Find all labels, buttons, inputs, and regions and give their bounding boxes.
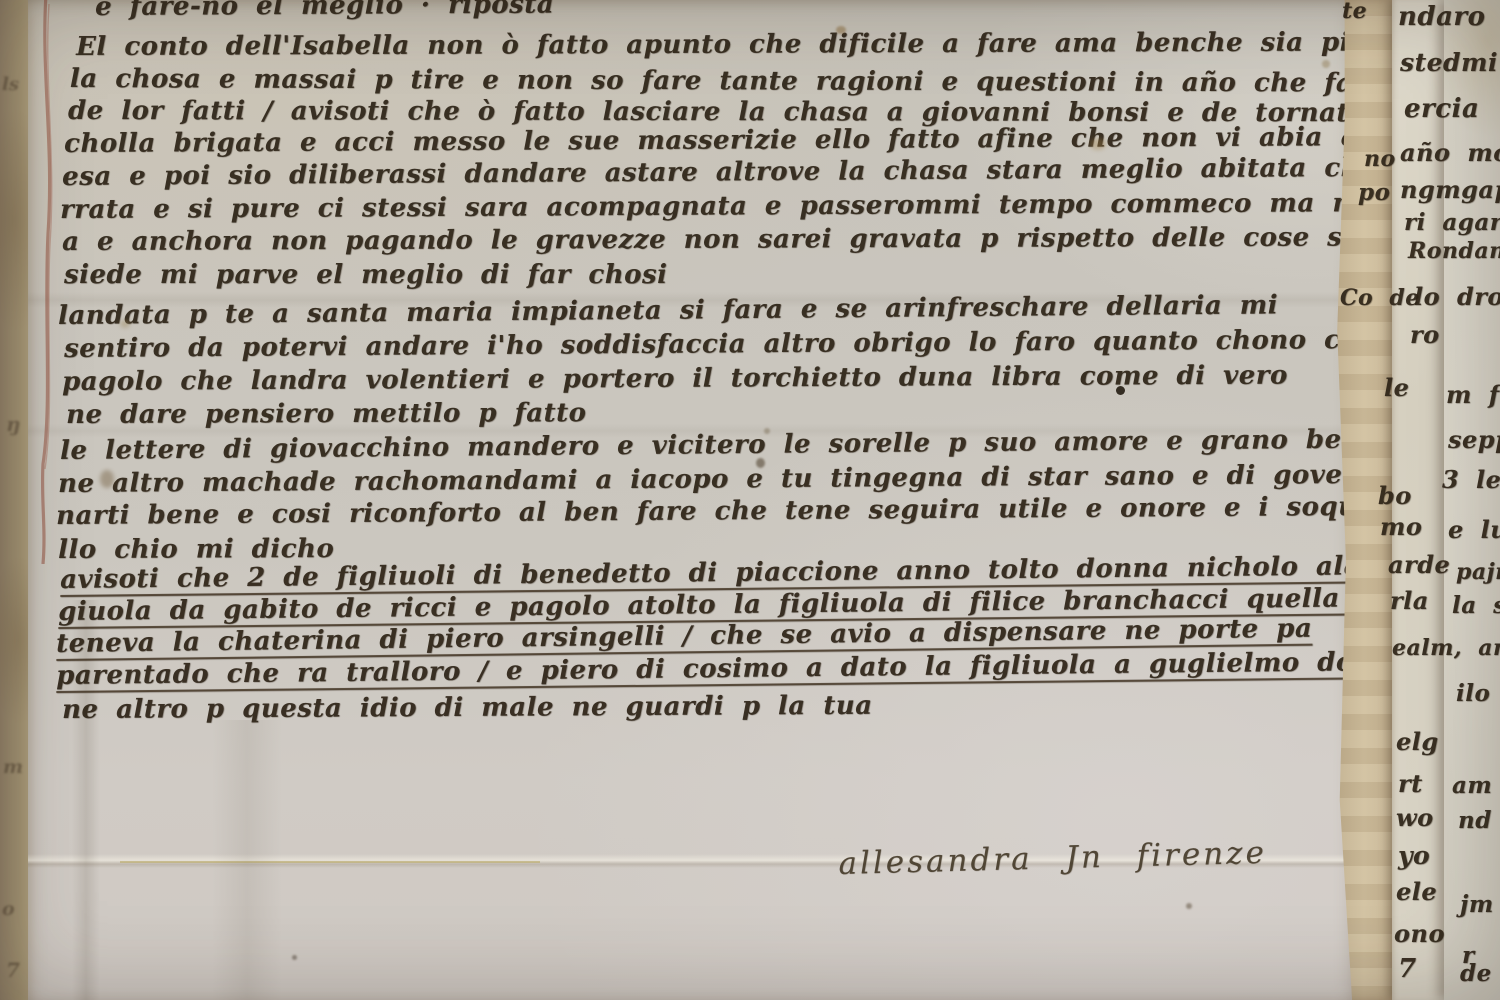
text-fragment: ri agare	[1404, 211, 1500, 234]
manuscript-line: llo chio mi dicho	[58, 536, 334, 563]
text-fragment: ilo	[1456, 682, 1490, 705]
text-fragment: nd	[1458, 809, 1492, 832]
manuscript-line: rrata e si pure ci stessi sara acompagna…	[60, 190, 1425, 223]
manuscript-line: ne altro p questa idio di male ne guardi…	[62, 693, 873, 723]
text-fragment: bo	[1378, 484, 1412, 508]
text-fragment: lo dron	[1414, 285, 1500, 309]
manuscript-photo: lsŋmo7 e fare-no el meglio · ripostaEl c…	[0, 0, 1500, 1000]
manuscript-line: cholla brigata e acci messo le sue masse…	[64, 124, 1495, 157]
manuscript-line: ne dare pensiero mettilo p fatto	[66, 400, 587, 428]
text-fragment: wo	[1396, 806, 1434, 830]
text-fragment: po	[1358, 181, 1390, 204]
manuscript-line: siede mi parve el meglio di far chosi	[64, 262, 668, 288]
text-fragment: 3 leggo	[1442, 468, 1500, 492]
manuscript-line: e fare-no el meglio · riposta	[95, 0, 554, 20]
ghost-mark: ls	[2, 76, 19, 94]
text-fragment: arde	[1388, 553, 1450, 577]
manuscript-line: a e anchora non pagando le gravezze non …	[62, 224, 1379, 255]
text-fragment: rla	[1390, 589, 1429, 613]
text-fragment: ro	[1410, 323, 1440, 347]
text-fragment: ngmgap	[1400, 178, 1500, 202]
text-fragment: rt	[1398, 772, 1423, 796]
text-fragment: Co de	[1340, 287, 1420, 309]
text-fragment: am	[1452, 774, 1492, 797]
text-fragment: ealm, am	[1392, 637, 1500, 659]
text-fragment: m fra	[1446, 383, 1500, 407]
text-fragment: pajm	[1456, 561, 1500, 583]
text-fragment: mo	[1380, 515, 1422, 539]
ghost-mark: m	[3, 758, 23, 777]
text-fragment: la s	[1452, 594, 1500, 617]
text-fragment: Rondano	[1408, 240, 1500, 262]
manuscript-line: la chosa e massai p tire e non so fare t…	[70, 66, 1385, 97]
ghost-mark: ŋ	[6, 414, 21, 434]
text-fragment: no	[1364, 148, 1396, 170]
text-fragment: ndaro	[1398, 4, 1485, 30]
text-fragment: le	[1384, 376, 1409, 400]
ghost-mark: o	[2, 900, 15, 919]
manuscript-line: El conto dell'Isabella non ò fatto apunt…	[76, 29, 1401, 60]
text-fragment: elg	[1396, 730, 1439, 754]
text-fragment: jm	[1460, 893, 1494, 916]
text-fragment: te	[1342, 0, 1367, 22]
text-fragment: 7	[1398, 956, 1417, 982]
text-fragment: stedmi	[1400, 50, 1498, 75]
text-fragment: yo	[1398, 843, 1430, 868]
text-fragment: año mo	[1400, 141, 1500, 165]
text-fragment: e lu	[1448, 518, 1500, 542]
text-fragment: ercia	[1404, 96, 1479, 122]
text-fragment: seppe le	[1448, 428, 1500, 452]
ghost-mark: 7	[6, 960, 20, 980]
text-fragment: ono	[1394, 922, 1445, 946]
manuscript-line: pagolo che landra volentieri e portero i…	[62, 363, 1288, 395]
text-fragment: ele	[1396, 880, 1437, 904]
text-fragment: de	[1460, 962, 1492, 985]
